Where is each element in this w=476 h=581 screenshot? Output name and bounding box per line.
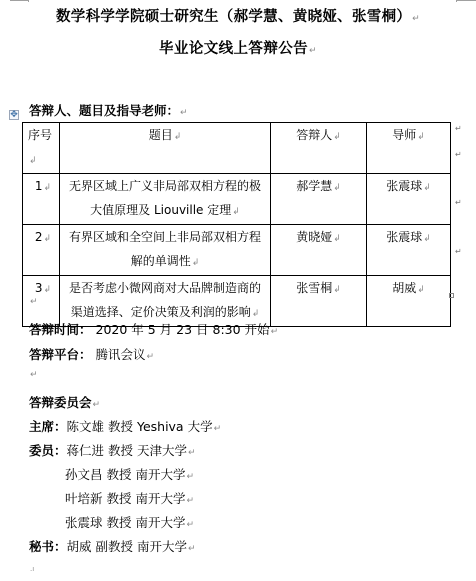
crop-mark-top-right-v — [456, 0, 457, 2]
cell-index: 1↲ — [23, 174, 60, 225]
defense-time-line: 答辩时间： 2020 年 5 月 23 日 8:30 开始↵ — [29, 320, 278, 338]
cell-index: 3↲ — [23, 276, 60, 327]
chair-label: 主席： — [29, 419, 67, 434]
paragraph-mark-icon: ↵ — [271, 327, 279, 337]
cell-topic: 有界区域和全空间上非局部双相方程解的单调性↲ — [60, 225, 271, 276]
column-header-advisor: 导师↲ — [367, 123, 451, 174]
chair-value: 陈文雄 教授 Yeshiva 大学 — [67, 419, 213, 434]
committee-heading-text: 答辩委员会 — [29, 395, 92, 410]
empty-paragraph-mark-icon: ↵ — [30, 370, 38, 380]
paragraph-mark-icon: ↵ — [93, 400, 101, 410]
table-section-heading: 答辩人、题目及指导老师：↵ — [29, 101, 188, 119]
secretary-label: 秘书： — [29, 539, 67, 554]
cell-end-icon: ↲ — [423, 183, 431, 193]
paragraph-mark-icon: ↵ — [309, 46, 317, 56]
column-header-index: 序号↲ — [23, 123, 60, 174]
cell-end-icon: ↲ — [43, 183, 51, 193]
cell-end-icon: ↲ — [333, 285, 341, 295]
cell-topic: 是否考虑小微网商对大品牌制造商的渠道选择、定价决策及利润的影响↲ — [60, 276, 271, 327]
column-header-student: 答辩人↲ — [271, 123, 367, 174]
committee-member-line: 委员：蒋仁进 教授 天津大学↵ — [29, 441, 196, 459]
cell-student: 张雪桐↲ — [271, 276, 367, 327]
defense-schedule-table: 序号↲ 题目↲ 答辩人↲ 导师↲ 1↲ 无界区域上广义非局部双相方程的极大值原理… — [22, 122, 451, 327]
table-row: 1↲ 无界区域上广义非局部双相方程的极大值原理及 Liouville 定理↲ 郝… — [23, 174, 451, 225]
title-line-1-text: 数学科学学院硕士研究生（郝学慧、黄晓娅、张雪桐） — [56, 9, 411, 25]
paragraph-mark-icon: ↵ — [412, 14, 420, 24]
member-value: 叶培新 教授 南开大学 — [65, 491, 185, 506]
committee-member-line: 孙文昌 教授 南开大学↵ — [65, 465, 194, 483]
defense-platform-label: 答辩平台： — [29, 347, 92, 362]
paragraph-mark-icon: ↵ — [186, 472, 194, 482]
member-value: 蒋仁进 教授 天津大学 — [67, 443, 187, 458]
committee-chair-line: 主席：陈文雄 教授 Yeshiva 大学↵ — [29, 417, 221, 435]
column-header-topic: 题目↲ — [60, 123, 271, 174]
empty-paragraph-mark-icon: ↵ — [30, 297, 38, 307]
row-end-mark-icon: ↵ — [455, 247, 462, 256]
table-header-row: 序号↲ 题目↲ 答辩人↲ 导师↲ — [23, 123, 451, 174]
secretary-value: 胡威 副教授 南开大学 — [67, 539, 187, 554]
cell-end-icon: ↲ — [232, 207, 240, 217]
cell-advisor: 张震球↲ — [367, 174, 451, 225]
paragraph-mark-icon: ↵ — [188, 448, 196, 458]
paragraph-mark-icon: ↵ — [188, 544, 196, 554]
crop-mark-top-left — [10, 0, 28, 1]
cell-student: 黄晓娅↲ — [271, 225, 367, 276]
crop-mark-top-right — [456, 0, 476, 1]
cell-end-icon: ↲ — [417, 132, 425, 142]
cell-end-icon: ↲ — [43, 285, 51, 295]
table-move-handle-icon[interactable]: ✥ — [9, 110, 19, 120]
paragraph-mark-icon: ↵ — [180, 108, 188, 118]
cell-end-icon: ↲ — [43, 234, 51, 244]
cell-end-icon: ↲ — [333, 183, 341, 193]
cell-student: 郝学慧↲ — [271, 174, 367, 225]
paragraph-mark-icon: ↵ — [214, 424, 222, 434]
paragraph-mark-icon: ↵ — [186, 520, 194, 530]
cell-end-icon: ↲ — [333, 234, 341, 244]
cell-end-icon: ↲ — [192, 258, 200, 268]
row-end-mark-icon: ↵ — [455, 198, 462, 207]
defense-platform-value: 腾讯会议 — [96, 347, 146, 362]
cell-end-icon: ↲ — [417, 285, 425, 295]
cell-end-icon: ↲ — [423, 234, 431, 244]
paragraph-mark-icon: ↵ — [186, 496, 194, 506]
document-title-line-2: 毕业论文线上答辩公告↵ — [0, 37, 476, 58]
table-row: 3↲ 是否考虑小微网商对大品牌制造商的渠道选择、定价决策及利润的影响↲ 张雪桐↲… — [23, 276, 451, 327]
table-section-heading-text: 答辩人、题目及指导老师： — [29, 103, 179, 118]
committee-member-line: 叶培新 教授 南开大学↵ — [65, 489, 194, 507]
cell-end-icon: ↲ — [333, 132, 341, 142]
cell-topic: 无界区域上广义非局部双相方程的极大值原理及 Liouville 定理↲ — [60, 174, 271, 225]
empty-paragraph-mark-icon: .ı — [30, 565, 34, 573]
committee-heading: 答辩委员会↵ — [29, 393, 100, 411]
defense-time-label: 答辩时间： — [29, 322, 92, 337]
paragraph-mark-icon: ↵ — [147, 352, 155, 362]
defense-time-value: 2020 年 5 月 23 日 8:30 开始 — [96, 322, 270, 337]
table-resize-handle[interactable] — [449, 293, 454, 298]
cell-index: 2↲ — [23, 225, 60, 276]
committee-member-line: 张震球 教授 南开大学↵ — [65, 513, 194, 531]
cell-end-icon: ↲ — [252, 309, 260, 319]
members-label: 委员： — [29, 443, 67, 458]
cell-end-icon: ↲ — [174, 132, 182, 142]
defense-platform-line: 答辩平台： 腾讯会议↵ — [29, 345, 154, 363]
member-value: 张震球 教授 南开大学 — [65, 515, 185, 530]
cell-end-icon: ↲ — [29, 156, 37, 166]
document-title-line-1: 数学科学学院硕士研究生（郝学慧、黄晓娅、张雪桐）↵ — [0, 5, 476, 26]
row-end-mark-icon: ↵ — [455, 124, 462, 133]
crop-mark-top-left-v — [28, 0, 29, 2]
cell-advisor: 胡威↲ — [367, 276, 451, 327]
member-value: 孙文昌 教授 南开大学 — [65, 467, 185, 482]
committee-secretary-line: 秘书：胡威 副教授 南开大学↵ — [29, 537, 196, 555]
row-end-mark-icon: ↵ — [455, 150, 462, 159]
table-row: 2↲ 有界区域和全空间上非局部双相方程解的单调性↲ 黄晓娅↲ 张震球↲ — [23, 225, 451, 276]
title-line-2-text: 毕业论文线上答辩公告 — [159, 41, 308, 57]
cell-advisor: 张震球↲ — [367, 225, 451, 276]
